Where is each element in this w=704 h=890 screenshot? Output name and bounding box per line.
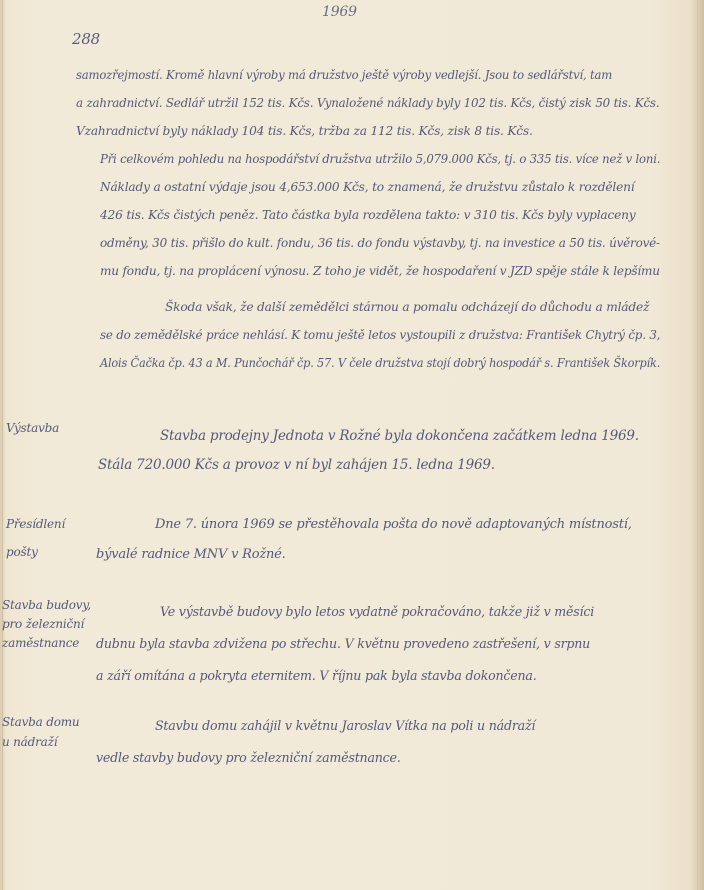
- margin-label-line: zaměstnance: [2, 634, 91, 653]
- text-line: Škoda však, že další zemědělci stárnou a…: [165, 300, 649, 314]
- margin-label-line: pro železniční: [2, 615, 91, 634]
- text-line: dubnu byla stavba zdvižena po střechu. V…: [96, 636, 590, 651]
- text-line: Ve výstavbě budovy bylo letos vydatně po…: [160, 604, 594, 619]
- ledger-page: 1969 288 samozřejmostí. Kromě hlavní výr…: [0, 0, 704, 890]
- text-line: Dne 7. února 1969 se přestěhovala pošta …: [155, 517, 632, 532]
- margin-label-line: Stavba budovy,: [2, 596, 91, 615]
- margin-label-line: pošty: [6, 538, 65, 566]
- text-line: a zahradnictví. Sedlář utržil 152 tis. K…: [76, 96, 659, 110]
- text-line: odměny, 30 tis. přišlo do kult. fondu, 3…: [100, 236, 660, 250]
- text-line: Stavbu domu zahájil v květnu Jaroslav Ví…: [155, 718, 535, 733]
- text-line: Vzahradnictví byly náklady 104 tis. Kčs,…: [76, 124, 533, 138]
- text-line: 426 tis. Kčs čistých peněz. Tato částka …: [100, 208, 635, 222]
- margin-label-vystavba: Výstavba: [6, 420, 59, 436]
- text-line: vedle stavby budovy pro železniční zaměs…: [96, 750, 401, 765]
- page-number: 288: [72, 30, 100, 48]
- margin-label-line: Výstavba: [6, 420, 59, 436]
- text-line: Při celkovém pohledu na hospodářství dru…: [100, 152, 660, 166]
- margin-label-line: Přesídlení: [6, 510, 65, 538]
- text-line: Stála 720.000 Kčs a provoz v ní byl zahá…: [98, 457, 495, 473]
- margin-label-line: Stavba domu: [2, 712, 79, 732]
- text-line: a září omítána a pokryta eternitem. V ří…: [96, 668, 537, 683]
- text-line: Stavba prodejny Jednota v Rožné byla dok…: [160, 428, 639, 444]
- year-header: 1969: [322, 4, 357, 20]
- margin-label-line: u nádraží: [2, 732, 79, 752]
- text-line: mu fondu, tj. na proplácení výnosu. Z to…: [100, 264, 660, 278]
- text-line: bývalé radnice MNV v Rožné.: [96, 547, 286, 562]
- text-line: Alois Čačka čp. 43 a M. Punčochář čp. 57…: [100, 356, 660, 370]
- margin-label-budova: Stavba budovy, pro železniční zaměstnanc…: [2, 596, 91, 653]
- margin-label-posta: Přesídlení pošty: [6, 510, 65, 566]
- text-line: se do zemědělské práce nehlásí. K tomu j…: [100, 328, 660, 342]
- margin-label-dum: Stavba domu u nádraží: [2, 712, 79, 752]
- text-line: samozřejmostí. Kromě hlavní výroby má dr…: [76, 68, 660, 82]
- text-line: Náklady a ostatní výdaje jsou 4,653.000 …: [100, 180, 634, 194]
